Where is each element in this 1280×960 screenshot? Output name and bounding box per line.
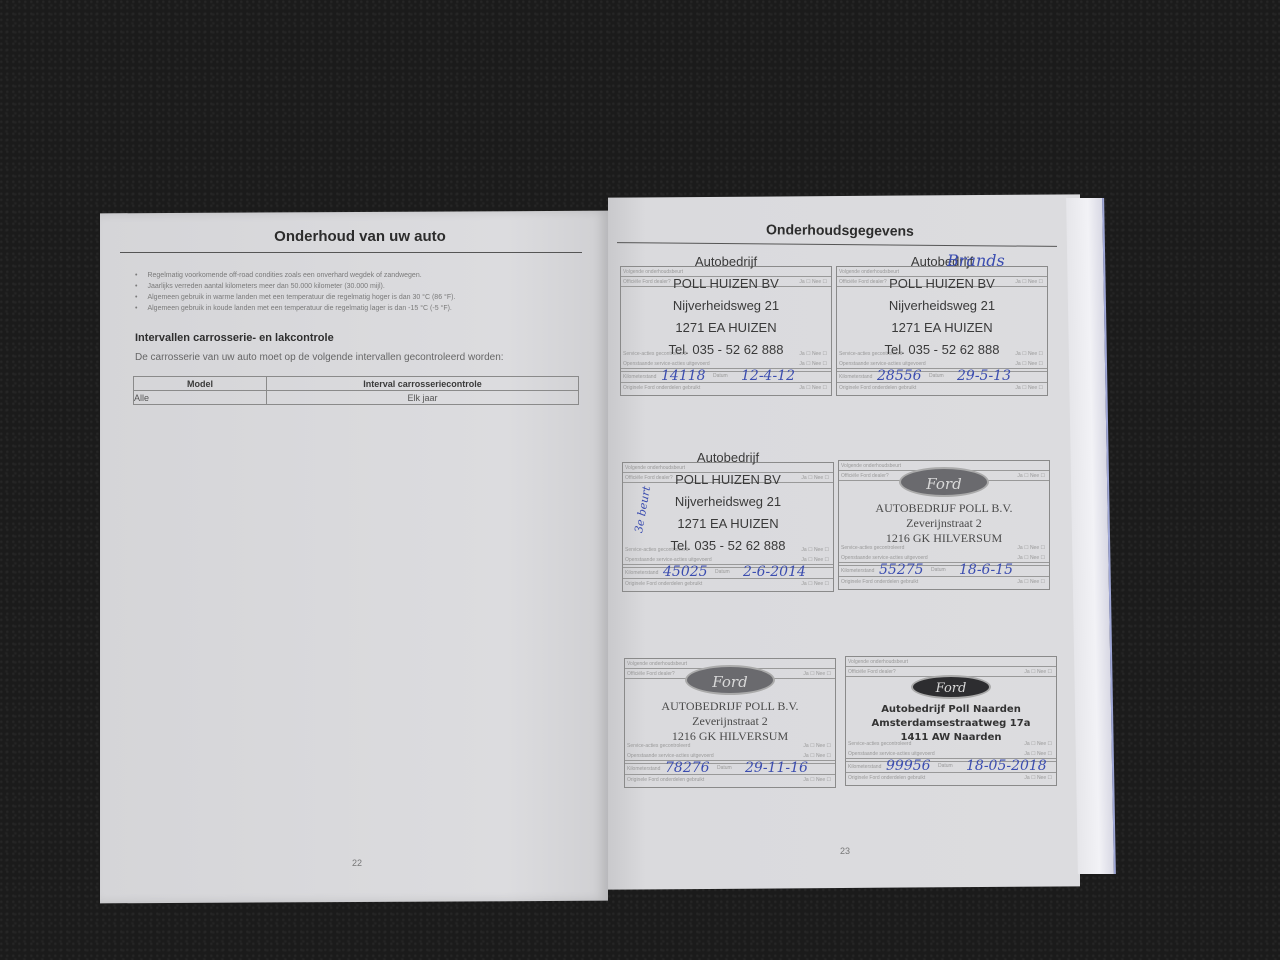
dealer-stamp: FordAutobedrijf Poll NaardenAmsterdamses… [846,675,1056,745]
stamp-line: 1216 GK HILVERSUM [625,729,835,744]
page-number-right: 23 [840,846,850,856]
form-field-label: Originele Ford onderdelen gebruiktJa ☐ N… [625,775,835,785]
ford-logo-icon: Ford [685,665,775,695]
stamp-line: 1271 EA HUIZEN [837,317,1047,339]
cell-model: Alle [134,391,267,405]
form-field-label: Originele Ford onderdelen gebruiktJa ☐ N… [846,773,1056,783]
list-item: Jaarlijks verreden aantal kilometers mee… [135,281,585,292]
page-number-left: 22 [352,858,362,868]
service-record-card: Volgende onderhoudsbeurtOfficiële Ford d… [622,462,834,592]
service-record-card: Volgende onderhoudsbeurtOfficiële Ford d… [620,266,832,396]
stamp-line: POLL HUIZEN BV [837,273,1047,295]
date-value: 18-05-2018 [966,758,1047,774]
stamp-line: Nijverheidsweg 21 [837,295,1047,317]
yes-no-checkbox: Ja ☐ Nee ☐ [1017,553,1045,563]
stamp-line: 1271 EA HUIZEN [623,513,833,535]
stamp-line: 1271 EA HUIZEN [621,317,831,339]
stamp-line: POLL HUIZEN BV [623,469,833,491]
column-header-model: Model [134,377,267,391]
dealer-stamp: AutobedrijfPOLL HUIZEN BVNijverheidsweg … [837,251,1047,361]
yes-no-checkbox: Ja ☐ Nee ☐ [803,775,831,785]
yes-no-checkbox: Ja ☐ Nee ☐ [1015,383,1043,393]
date-value: 2-6-2014 [743,564,806,580]
section-intro: De carrosserie van uw auto moet op de vo… [135,352,504,363]
service-record-card: Volgende onderhoudsbeurtOfficiële Ford d… [836,266,1048,396]
service-record-card: Volgende onderhoudsbeurtOfficiële Ford d… [845,656,1057,786]
stamp-line: 1216 GK HILVERSUM [839,531,1049,546]
service-record-card: Volgende onderhoudsbeurtOfficiële Ford d… [624,658,836,788]
date-label: Datum [713,373,728,379]
form-field-label: Originele Ford onderdelen gebruiktJa ☐ N… [623,579,833,589]
stamp-line: Autobedrijf [623,447,833,469]
date-value: 29-5-13 [957,368,1011,384]
yes-no-checkbox: Ja ☐ Nee ☐ [801,579,829,589]
yes-no-checkbox: Ja ☐ Nee ☐ [1024,773,1052,783]
dealer-stamp: AutobedrijfPOLL HUIZEN BVNijverheidsweg … [623,447,833,557]
list-item: Regelmatig voorkomende off-road conditie… [135,270,585,281]
stamp-line: Zeverijnstraat 2 [839,516,1049,531]
title-rule [120,252,582,253]
date-label: Datum [715,569,730,575]
service-booklet: Onderhoud van uw auto Regelmatig voorkom… [0,0,1280,960]
table-header-row: Model Interval carrosseriecontrole [134,377,579,391]
mileage-value: 45025 [663,564,708,580]
list-item: Algemeen gebruik in warme landen met een… [135,292,585,303]
handwritten-signature: Brands [947,251,1005,270]
stamp-line: Tel. 035 - 52 62 888 [621,339,831,361]
left-page-title: Onderhoud van uw auto [120,228,600,245]
dealer-stamp: FordAUTOBEDRIJF POLL B.V.Zeverijnstraat … [839,467,1049,546]
form-field-label: Originele Ford onderdelen gebruiktJa ☐ N… [839,577,1049,587]
dealer-stamp: AutobedrijfPOLL HUIZEN BVNijverheidsweg … [621,251,831,361]
date-label: Datum [938,763,953,769]
column-header-interval: Interval carrosseriecontrole [267,377,579,391]
ford-logo-icon: Ford [899,467,989,497]
date-value: 18-6-15 [959,562,1013,578]
interval-table: Model Interval carrosseriecontrole Alle … [133,376,579,405]
yes-no-checkbox: Ja ☐ Nee ☐ [1017,577,1045,587]
stamp-line: AUTOBEDRIJF POLL B.V. [839,501,1049,516]
section-heading: Intervallen carrosserie- en lakcontrole [135,332,334,344]
date-label: Datum [931,567,946,573]
date-label: Datum [717,765,732,771]
form-field-label: Originele Ford onderdelen gebruiktJa ☐ N… [621,383,831,393]
form-field-label: Volgende onderhoudsbeurt [846,657,1056,667]
mileage-value: 14118 [661,368,706,384]
mileage-value: 55275 [879,562,924,578]
date-value: 12-4-12 [741,368,795,384]
stamp-line: POLL HUIZEN BV [621,273,831,295]
stamp-line: Autobedrijf [621,251,831,273]
yes-no-checkbox: Ja ☐ Nee ☐ [799,383,827,393]
mileage-value: 99956 [886,758,931,774]
form-field-label: Openstaande service-acties uitgevoerdJa … [839,553,1049,563]
ford-logo-icon: Ford [911,675,991,699]
list-item: Algemeen gebruik in koude landen met een… [135,303,585,314]
left-page [100,211,608,904]
service-record-card: Volgende onderhoudsbeurtOfficiële Ford d… [838,460,1050,590]
cell-interval: Elk jaar [267,391,579,405]
form-field-label: Originele Ford onderdelen gebruiktJa ☐ N… [837,383,1047,393]
stamp-line: Amsterdamsestraatweg 17a [846,717,1056,731]
table-row: Alle Elk jaar [134,391,579,405]
mileage-value: 78276 [665,760,710,776]
stamp-line: Nijverheidsweg 21 [621,295,831,317]
stamp-line: AUTOBEDRIJF POLL B.V. [625,699,835,714]
stamp-line: Tel. 035 - 52 62 888 [837,339,1047,361]
stamp-line: 1411 AW Naarden [846,731,1056,745]
dealer-stamp: FordAUTOBEDRIJF POLL B.V.Zeverijnstraat … [625,665,835,744]
stamp-line: Autobedrijf [837,251,1047,273]
date-label: Datum [929,373,944,379]
stamp-line: Tel. 035 - 52 62 888 [623,535,833,557]
date-value: 29-11-16 [745,760,808,776]
stamp-line: Nijverheidsweg 21 [623,491,833,513]
mileage-value: 28556 [877,368,922,384]
conditions-list: Regelmatig voorkomende off-road conditie… [135,270,585,314]
stamp-line: Autobedrijf Poll Naarden [846,703,1056,717]
stamp-line: Zeverijnstraat 2 [625,714,835,729]
